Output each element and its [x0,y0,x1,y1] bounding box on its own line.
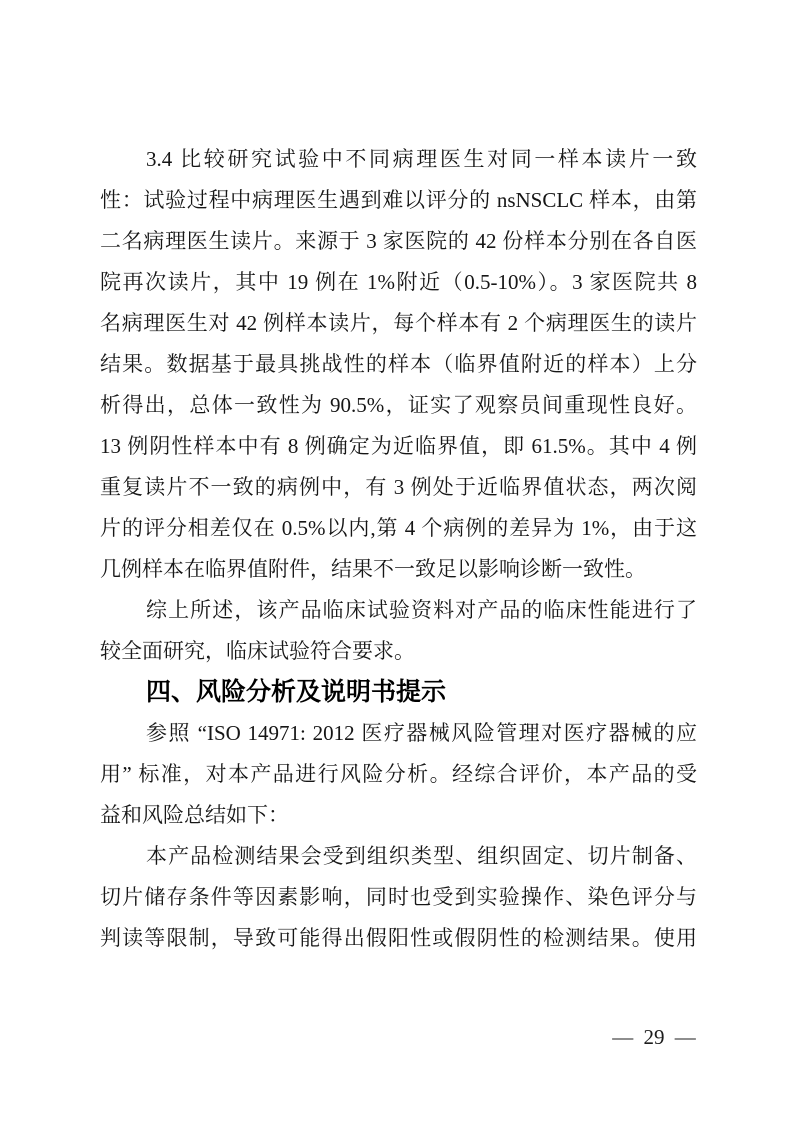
text-line-content: 综上所述，该产品临床试验资料对产品的临床性能进行了 [146,598,697,622]
text-line-content: 益和风险总结如下： [100,803,289,827]
text-line: 二名病理医生读片。来源于 3 家医院的 42 份样本分别在各自医 [100,221,697,262]
document-body: 3.4 比较研究试验中不同病理医生对同一样本读片一致性：试验过程中病理医生遇到难… [100,139,697,959]
text-line: 名病理医生对 42 例样本读片，每个样本有 2 个病理医生的读片 [100,303,697,344]
text-line: 性：试验过程中病理医生遇到难以评分的 nsNSCLC 样本，由第 [100,180,697,221]
text-line-content: 用” 标准，对本产品进行风险分析。经综合评价，本产品的受 [100,762,697,786]
section-heading: 四、风险分析及说明书提示 [100,672,697,713]
text-line-content: 析得出，总体一致性为 90.5%，证实了观察员间重现性良好。 [100,393,697,417]
text-line-content: 名病理医生对 42 例样本读片，每个样本有 2 个病理医生的读片 [100,311,697,335]
text-line-content: 本产品检测结果会受到组织类型、组织固定、切片制备、 [146,844,697,868]
text-line: 重复读片不一致的病例中，有 3 例处于近临界值状态，两次阅 [100,467,697,508]
text-line-content: 参照 “ISO 14971: 2012 医疗器械风险管理对医疗器械的应 [146,721,697,745]
text-line: 用” 标准，对本产品进行风险分析。经综合评价，本产品的受 [100,754,697,795]
text-line: 析得出，总体一致性为 90.5%，证实了观察员间重现性良好。 [100,385,697,426]
text-line: 切片储存条件等因素影响，同时也受到实验操作、染色评分与 [100,877,697,918]
text-line: 较全面研究，临床试验符合要求。 [100,631,697,672]
text-line-content: 较全面研究，临床试验符合要求。 [100,639,415,663]
text-line-content: 切片储存条件等因素影响，同时也受到实验操作、染色评分与 [100,885,697,909]
text-line-content: 四、风险分析及说明书提示 [146,678,446,706]
text-line: 院再次读片，其中 19 例在 1%附近（0.5-10%）。3 家医院共 8 [100,262,697,303]
text-line: 结果。数据基于最具挑战性的样本（临界值附近的样本）上分 [100,344,697,385]
text-line: 益和风险总结如下： [100,795,697,836]
text-line: 判读等限制，导致可能得出假阳性或假阴性的检测结果。使用 [100,918,697,959]
text-line-content: 几例样本在临界值附件，结果不一致足以影响诊断一致性。 [100,557,646,581]
text-line: 13 例阴性样本中有 8 例确定为近临界值，即 61.5%。其中 4 例 [100,426,697,467]
text-line: 本产品检测结果会受到组织类型、组织固定、切片制备、 [100,836,697,877]
text-line-content: 院再次读片，其中 19 例在 1%附近（0.5-10%）。3 家医院共 8 [100,270,697,294]
text-line: 片的评分相差仅在 0.5%以内,第 4 个病例的差异为 1%，由于这 [100,508,697,549]
document-page: 3.4 比较研究试验中不同病理医生对同一样本读片一致性：试验过程中病理医生遇到难… [0,0,793,1122]
text-line-content: 判读等限制，导致可能得出假阳性或假阴性的检测结果。使用 [100,926,697,950]
text-line: 几例样本在临界值附件，结果不一致足以影响诊断一致性。 [100,549,697,590]
text-line-content: 13 例阴性样本中有 8 例确定为近临界值，即 61.5%。其中 4 例 [100,434,697,458]
text-line-content: 结果。数据基于最具挑战性的样本（临界值附近的样本）上分 [100,352,697,376]
text-line-content: 片的评分相差仅在 0.5%以内,第 4 个病例的差异为 1%，由于这 [100,516,697,540]
text-line-content: 二名病理医生读片。来源于 3 家医院的 42 份样本分别在各自医 [100,229,697,253]
page-footer: — 29 — [598,1022,710,1052]
text-line: 参照 “ISO 14971: 2012 医疗器械风险管理对医疗器械的应 [100,713,697,754]
text-line-content: 重复读片不一致的病例中，有 3 例处于近临界值状态，两次阅 [100,475,697,499]
text-line-content: 3.4 比较研究试验中不同病理医生对同一样本读片一致 [146,147,697,171]
text-line: 综上所述，该产品临床试验资料对产品的临床性能进行了 [100,590,697,631]
text-line: 3.4 比较研究试验中不同病理医生对同一样本读片一致 [100,139,697,180]
page-number: — 29 — [612,1025,696,1049]
text-line-content: 性：试验过程中病理医生遇到难以评分的 nsNSCLC 样本，由第 [100,188,697,212]
